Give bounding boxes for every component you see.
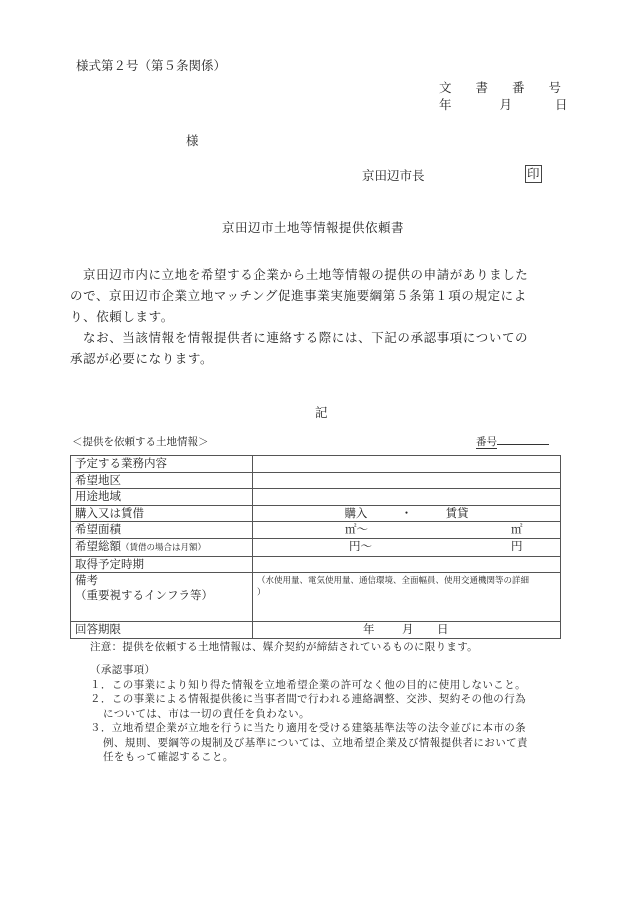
table-row: 希望地区 bbox=[71, 472, 561, 489]
table-row: 希望総額（賃借の場合は月額） 円～ 円 bbox=[71, 538, 561, 556]
desired-total-field[interactable]: 円～ 円 bbox=[253, 538, 561, 556]
document-title: 京田辺市土地等情報提供依頼書 bbox=[222, 218, 404, 236]
row-label: 予定する業務内容 bbox=[71, 456, 253, 473]
row-label: 希望地区 bbox=[71, 472, 253, 489]
body-paragraph-1: 京田辺市内に立地を希望する企業から土地等情報の提供の申請がありました ので、京田… bbox=[70, 264, 560, 327]
table-row: 予定する業務内容 bbox=[71, 456, 561, 473]
row-label-note: （重要視するインフラ等） bbox=[75, 588, 248, 603]
purchase-or-lease-field[interactable]: 購入 ・ 賃貸 bbox=[253, 505, 561, 522]
number-field: 番号 bbox=[476, 434, 549, 449]
table-row: 回答期限 年 月 日 bbox=[71, 622, 561, 639]
number-blank[interactable] bbox=[497, 444, 549, 445]
approval-item-cont: 任をもって確認すること。 bbox=[90, 750, 528, 765]
table-row: 取得予定時期 bbox=[71, 556, 561, 573]
doc-char: 書 bbox=[475, 80, 488, 95]
addressee-suffix: 様 bbox=[186, 131, 199, 149]
zoning-field[interactable] bbox=[253, 489, 561, 506]
table-row: 備考 （重要視するインフラ等） （水使用量、電気使用量、通信環境、全面幅員、使用… bbox=[71, 573, 561, 622]
body-paragraph-2: なお、当該情報を情報提供者に連絡する際には、下記の承認事項についての 承認が必要… bbox=[70, 327, 560, 369]
remarks-hint-close: ） bbox=[257, 587, 556, 599]
table-row: 用途地域 bbox=[71, 489, 561, 506]
business-content-field[interactable] bbox=[253, 456, 561, 473]
seal-mark: 印 bbox=[525, 165, 542, 183]
row-label: 希望総額（賃借の場合は月額） bbox=[71, 538, 253, 556]
row-label: 備考 （重要視するインフラ等） bbox=[71, 573, 253, 622]
doc-char: 文 bbox=[439, 80, 452, 95]
day-label: 日 bbox=[555, 97, 568, 112]
approval-item: ２．この事業による情報提供後に当事者間で行われる連絡調整、交渉、契約その他の行為 bbox=[90, 692, 528, 707]
row-label: 購入又は賃借 bbox=[71, 505, 253, 522]
land-info-table: 予定する業務内容 希望地区 用途地域 購入又は賃借 購入 ・ 賃貸 希望面積 ㎡… bbox=[70, 455, 561, 639]
acquisition-timing-field[interactable] bbox=[253, 556, 561, 573]
approval-items: （承認事項） １．この事業により知り得た情報を立地希望企業の許可なく他の目的に使… bbox=[90, 663, 528, 765]
ki-heading: 記 bbox=[315, 403, 328, 421]
row-label: 希望面積 bbox=[71, 522, 253, 539]
approval-item: １．この事業により知り得た情報を立地希望企業の許可なく他の目的に使用しないこと。 bbox=[90, 678, 528, 693]
doc-char: 号 bbox=[548, 80, 561, 95]
deadline-year: 年 bbox=[363, 622, 375, 637]
table-row: 希望面積 ㎡～ ㎡ bbox=[71, 522, 561, 539]
body-line: なお、当該情報を情報提供者に連絡する際には、下記の承認事項についての bbox=[70, 327, 560, 348]
lease-option[interactable]: 賃貸 bbox=[446, 506, 469, 520]
desired-size-field[interactable]: ㎡～ ㎡ bbox=[253, 522, 561, 539]
document-number-label: 文 書 番 号 bbox=[439, 78, 561, 96]
row-label-text: 希望総額 bbox=[75, 539, 121, 553]
row-label: 回答期限 bbox=[71, 622, 253, 639]
number-label: 番号 bbox=[476, 436, 497, 449]
size-to-unit: ㎡ bbox=[511, 522, 523, 537]
row-label: 取得予定時期 bbox=[71, 556, 253, 573]
section-heading: ＜提供を依頼する土地情報＞ bbox=[72, 434, 209, 449]
separator: ・ bbox=[401, 506, 413, 520]
remarks-field[interactable]: （水使用量、電気使用量、通信環境、全面幅員、使用交通機関等の詳細 ） bbox=[253, 573, 561, 622]
doc-char: 番 bbox=[512, 80, 525, 95]
body-line: り、依頼します。 bbox=[70, 306, 560, 327]
approval-heading: （承認事項） bbox=[90, 663, 528, 678]
month-label: 月 bbox=[499, 97, 512, 112]
approval-item-cont: については、市は一切の責任を負わない。 bbox=[90, 707, 528, 722]
year-label: 年 bbox=[439, 97, 452, 112]
table-note: 注意：提供を依頼する土地情報は、媒介契約が締結されているものに限ります。 bbox=[90, 639, 478, 654]
body-line: ので、京田辺市企業立地マッチング促進事業実施要綱第５条第１項の規定によ bbox=[70, 285, 560, 306]
row-label-note: （賃借の場合は月額） bbox=[121, 543, 206, 553]
response-deadline-field[interactable]: 年 月 日 bbox=[253, 622, 561, 639]
deadline-month: 月 bbox=[402, 622, 414, 637]
table-row: 購入又は賃借 購入 ・ 賃貸 bbox=[71, 505, 561, 522]
body-line: 承認が必要になります。 bbox=[70, 348, 560, 369]
row-label-text: 備考 bbox=[75, 573, 248, 588]
amount-from-unit: 円～ bbox=[349, 539, 372, 554]
deadline-day: 日 bbox=[437, 622, 449, 637]
approval-item-cont: 例、規則、要綱等の規制及び基準については、立地希望企業及び情報提供者において責 bbox=[90, 736, 528, 751]
row-label: 用途地域 bbox=[71, 489, 253, 506]
form-id: 様式第２号（第５条関係） bbox=[76, 56, 226, 74]
remarks-hint: （水使用量、電気使用量、通信環境、全面幅員、使用交通機関等の詳細 bbox=[257, 573, 556, 587]
issuer: 京田辺市長 bbox=[362, 166, 425, 184]
desired-area-field[interactable] bbox=[253, 472, 561, 489]
size-from-unit: ㎡～ bbox=[345, 522, 368, 537]
body-line: 京田辺市内に立地を希望する企業から土地等情報の提供の申請がありました bbox=[70, 264, 560, 285]
date-line: 年 月 日 bbox=[439, 95, 567, 113]
approval-item: ３．立地希望企業が立地を行うに当たり適用を受ける建築基準法等の法令並びに本市の条 bbox=[90, 721, 528, 736]
amount-to-unit: 円 bbox=[511, 539, 523, 554]
purchase-option[interactable]: 購入 bbox=[344, 506, 367, 520]
